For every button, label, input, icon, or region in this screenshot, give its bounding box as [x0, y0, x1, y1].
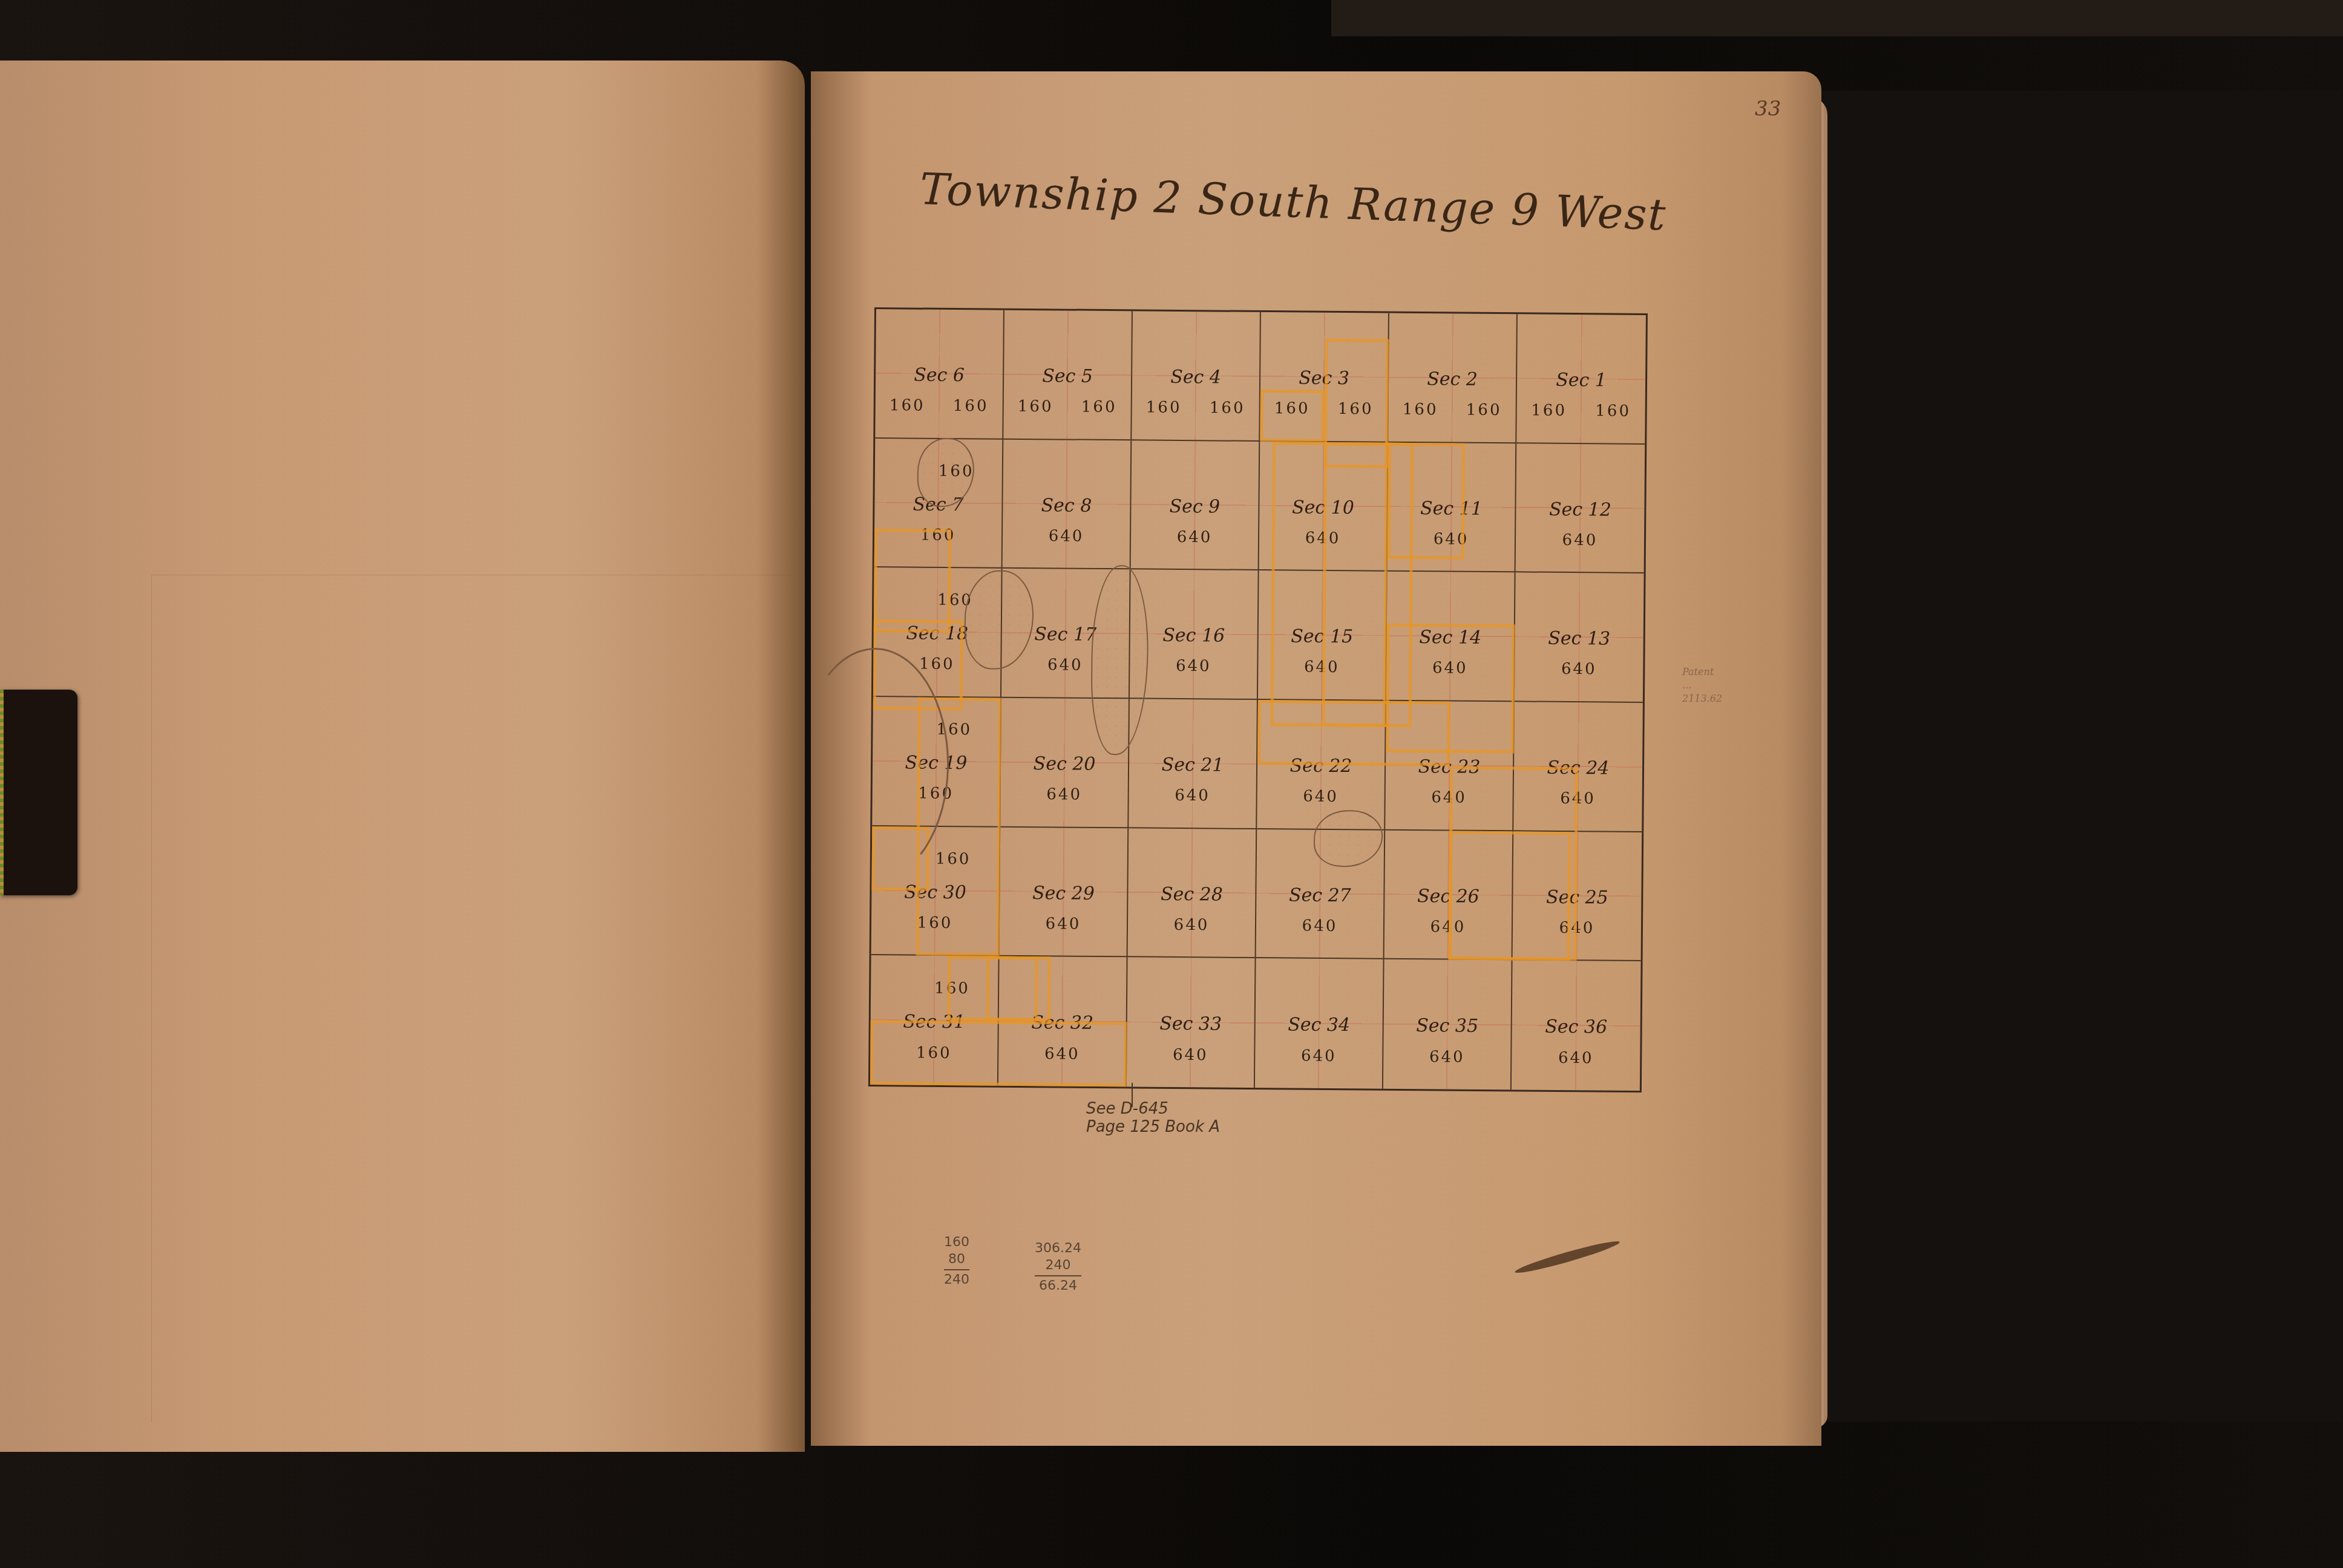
- left-page: [0, 60, 805, 1452]
- section-acreage: 640: [1257, 787, 1384, 806]
- section-label: Sec 29: [1000, 882, 1127, 904]
- section-label: Sec 5: [1004, 365, 1131, 388]
- section-label: Sec 13: [1515, 628, 1643, 650]
- claimed-tract-outline: [1257, 700, 1450, 766]
- section-label: Sec 36: [1512, 1016, 1640, 1039]
- margin-note-line: 2113.62: [1682, 692, 1722, 705]
- section-label: Sec 12: [1516, 498, 1644, 521]
- claimed-tract-outline: [986, 956, 1051, 1022]
- page-number: 33: [1755, 97, 1781, 121]
- quarter-acreage: 160: [890, 396, 925, 414]
- quarter-acreage: 160: [953, 397, 989, 415]
- section-acreage: 640: [1256, 916, 1383, 936]
- section-cell[interactable]: Sec 4160160: [1132, 311, 1261, 441]
- quarter-acreage-row: 160160: [1004, 397, 1131, 417]
- section-acreage: 640: [1383, 1047, 1510, 1067]
- math-1-result: 240: [944, 1272, 969, 1289]
- pencil-math-2: 306.24 240 66.24: [1035, 1240, 1081, 1295]
- margin-note: Patent ... 2113.62: [1682, 665, 1722, 705]
- section-acreage: 640: [1255, 1047, 1382, 1066]
- quarter-acreage-row: 160160: [1517, 401, 1645, 420]
- page-clip[interactable]: [0, 690, 77, 895]
- section-acreage: 640: [1001, 785, 1128, 805]
- left-page-faint-frame: [151, 575, 793, 1422]
- section-acreage: 640: [1516, 531, 1644, 550]
- reference-line-2: Page 125 Book A: [1086, 1118, 1220, 1136]
- quarter-acreage-row: 160160: [876, 396, 1003, 416]
- section-acreage: 640: [1512, 1048, 1640, 1068]
- quarter-acreage: 160: [1081, 398, 1117, 416]
- section-acreage: 640: [1129, 786, 1256, 805]
- section-label: Sec 1: [1517, 369, 1645, 391]
- quarter-acreage: 160: [1531, 401, 1567, 419]
- section-label: Sec 27: [1256, 884, 1383, 907]
- section-cell[interactable]: Sec 34640: [1255, 958, 1384, 1088]
- section-label: Sec 34: [1256, 1014, 1383, 1036]
- section-cell[interactable]: Sec 8640: [1003, 439, 1132, 569]
- math-1-a: 160: [944, 1234, 969, 1251]
- quarter-acreage: 160: [1018, 397, 1054, 416]
- math-2-a: 306.24: [1035, 1240, 1081, 1257]
- section-cell[interactable]: Sec 13640: [1515, 573, 1644, 703]
- section-cell[interactable]: Sec 5160160: [1003, 310, 1133, 440]
- math-2-result: 66.24: [1035, 1278, 1081, 1295]
- quarter-acreage-row: 160160: [1132, 398, 1259, 417]
- section-cell[interactable]: Sec 1160160: [1516, 314, 1646, 444]
- section-label: Sec 4: [1132, 366, 1259, 388]
- section-acreage: 640: [1003, 526, 1130, 546]
- clip-edge: [0, 690, 4, 895]
- township-plat-grid: Sec 6160160Sec 5160160Sec 4160160Sec 316…: [868, 307, 1648, 1093]
- claimed-tract-outline: [870, 1020, 1127, 1086]
- section-acreage: 640: [1128, 915, 1255, 935]
- section-label: Sec 20: [1001, 753, 1128, 776]
- section-cell[interactable]: Sec 6160160: [875, 309, 1004, 439]
- claimed-tract-outline: [1449, 831, 1571, 961]
- section-cell[interactable]: Sec 21640: [1129, 699, 1258, 829]
- section-label: Sec 35: [1384, 1015, 1511, 1037]
- math-1-b: 80: [944, 1251, 969, 1268]
- section-cell[interactable]: Sec 28640: [1128, 828, 1257, 958]
- section-acreage: 640: [1127, 1045, 1254, 1065]
- reference-line-1: See D-645: [1086, 1100, 1220, 1118]
- quarter-acreage-row: 160160: [1389, 400, 1516, 420]
- math-2-rule: [1035, 1275, 1081, 1276]
- section-cell[interactable]: Sec 12640: [1516, 443, 1645, 573]
- section-label: Sec 9: [1131, 495, 1258, 518]
- quarter-acreage: 160: [1210, 399, 1245, 417]
- section-cell[interactable]: Sec 16640: [1130, 570, 1259, 700]
- math-1-rule: [944, 1269, 969, 1270]
- section-label: Sec 28: [1128, 883, 1255, 906]
- section-label: Sec 21: [1129, 754, 1256, 776]
- section-acreage: 640: [1000, 914, 1127, 933]
- margin-note-line: Patent: [1682, 665, 1722, 679]
- quarter-acreage: 160: [1595, 402, 1631, 420]
- margin-note-line: ...: [1682, 679, 1722, 692]
- section-cell[interactable]: Sec 2160160: [1388, 313, 1518, 443]
- section-label: Sec 33: [1127, 1013, 1254, 1036]
- math-2-b: 240: [1035, 1257, 1081, 1274]
- section-cell[interactable]: Sec 9640: [1131, 440, 1260, 570]
- claimed-tract-outline: [1260, 390, 1325, 442]
- section-cell[interactable]: Sec 33640: [1127, 958, 1256, 1088]
- section-label: Sec 8: [1003, 494, 1130, 517]
- reference-annotation: See D-645 Page 125 Book A: [1086, 1100, 1220, 1136]
- section-cell[interactable]: Sec 29640: [1000, 827, 1129, 957]
- section-label: Sec 16: [1130, 625, 1257, 647]
- section-label: Sec 2: [1389, 368, 1516, 391]
- book-cover-right: [1773, 91, 2342, 1422]
- section-label: Sec 6: [876, 364, 1003, 387]
- book-cover-top: [1331, 0, 2343, 36]
- section-cell[interactable]: Sec 36640: [1512, 961, 1641, 1091]
- section-acreage: 640: [1131, 528, 1258, 547]
- quarter-acreage: 160: [1466, 401, 1502, 419]
- claimed-tract-outline: [874, 529, 952, 633]
- quarter-acreage: 160: [1403, 400, 1438, 419]
- section-acreage: 640: [1515, 660, 1643, 679]
- claimed-tract-outline: [1388, 442, 1466, 559]
- section-acreage: 640: [1130, 657, 1257, 676]
- pencil-math-1: 160 80 240: [944, 1234, 969, 1289]
- section-cell[interactable]: Sec 35640: [1383, 959, 1513, 1089]
- quarter-acreage: 160: [1146, 398, 1182, 416]
